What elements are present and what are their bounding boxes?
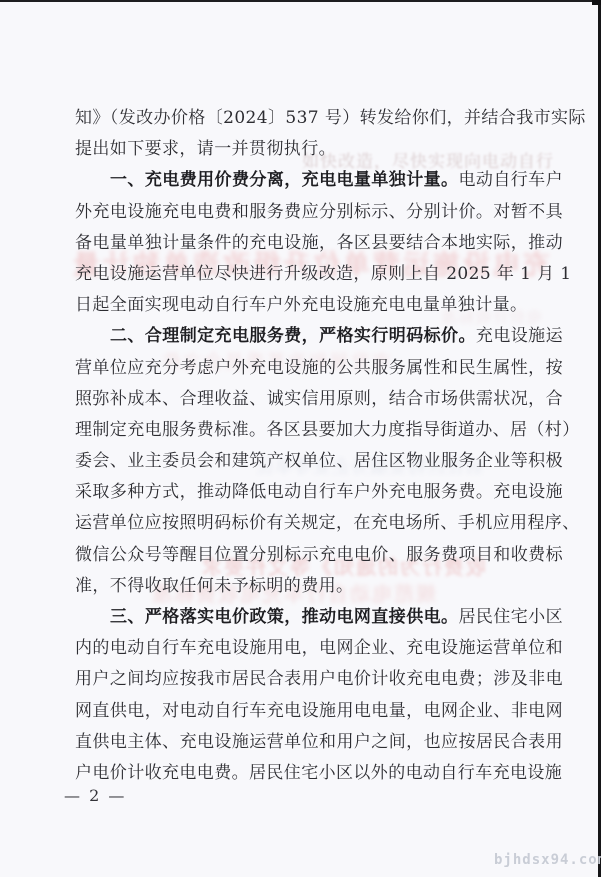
text-line: 备电量单独计量条件的充电设施，各区县要结合本地实际，推动 xyxy=(75,228,563,259)
line-text: 电动自行车户 xyxy=(458,170,563,190)
document-body: 知》（发改办价格〔2024〕537 号）转发给你们，并结合我市实际提出如下要求，… xyxy=(75,103,563,789)
line-text: 营单位应充分考虑户外充电设施的公共服务属性和民生属性，按 xyxy=(75,358,563,378)
line-text: 知》（发改办价格〔2024〕537 号）转发给你们，并结合我市实际 xyxy=(75,108,586,128)
text-line: 内的电动自行车充电设施用电，电网企业、充电设施运营单位和 xyxy=(75,633,563,664)
line-text: 充电设施运营单位尽快进行升级改造，原则上自 2025 年 1 月 1 xyxy=(75,264,572,284)
text-line: 直供电主体、充电设施运营单位和用户之间，也应按居民合表用 xyxy=(75,727,563,758)
section-heading-bold: 二、合理制定充电服务费，严格实行明码标价。 xyxy=(110,326,476,346)
line-text: 照弥补成本、合理收益、诚实信用原则，结合市场供需状况，合 xyxy=(75,389,563,409)
text-line: 外充电设施充电电费和服务费应分别标示、分别计价。对暂不具 xyxy=(75,197,563,228)
line-text: 内的电动自行车充电设施用电，电网企业、充电设施运营单位和 xyxy=(75,638,563,658)
line-text: 直供电主体、充电设施运营单位和用户之间，也应按居民合表用 xyxy=(75,732,563,752)
text-line-section-start: 一、充电费用价费分离，充电电量单独计量。电动自行车户 xyxy=(75,165,563,196)
text-line: 网直供电，对电动自行车充电设施用电电量，电网企业、非电网 xyxy=(75,696,563,727)
text-line: 用户之间均应按我市居民合表用户电价计收充电电费；涉及非电 xyxy=(75,664,563,695)
page-number: — 2 — xyxy=(64,786,126,805)
text-line: 户电价计收充电电费。居民住宅小区以外的电动自行车充电设施 xyxy=(75,758,563,789)
text-line: 营单位应充分考虑户外充电设施的公共服务属性和民生属性，按 xyxy=(75,353,563,384)
scan-edge-top xyxy=(0,0,601,2)
text-line: 提出如下要求，请一并贯彻执行。 xyxy=(75,134,563,165)
line-text: 户电价计收充电电费。居民住宅小区以外的电动自行车充电设施 xyxy=(75,763,562,783)
text-line: 准，不得收取任何未予标明的费用。 xyxy=(75,571,563,602)
line-text: 运营单位应按照明码标价有关规定，在充电场所、手机应用程序、 xyxy=(75,513,580,533)
text-line: 委会、业主委员会和建筑产权单位、居住区物业服务企业等积极 xyxy=(75,446,563,477)
text-line: 运营单位应按照明码标价有关规定，在充电场所、手机应用程序、 xyxy=(75,508,563,539)
line-text: 外充电设施充电电费和服务费应分别标示、分别计价。对暂不具 xyxy=(75,202,563,222)
line-text: 理制定充电服务费标准。各区县要加大力度指导街道办、居（村） xyxy=(75,420,580,440)
text-line: 知》（发改办价格〔2024〕537 号）转发给你们，并结合我市实际 xyxy=(75,103,563,134)
section-heading-bold: 一、充电费用价费分离，充电电量单独计量。 xyxy=(110,170,458,190)
text-line-section-start: 二、合理制定充电服务费，严格实行明码标价。充电设施运 xyxy=(75,321,563,352)
scan-corner-mark xyxy=(592,0,601,5)
line-text: 用户之间均应按我市居民合表用户电价计收充电电费；涉及非电 xyxy=(75,669,563,689)
text-line: 微信公众号等醒目位置分别标示充电电价、服务费项目和收费标 xyxy=(75,540,563,571)
watermark: bjhdsx94.com xyxy=(494,852,601,868)
line-text: 备电量单独计量条件的充电设施，各区县要结合本地实际，推动 xyxy=(75,233,563,253)
line-text: 充电设施运 xyxy=(476,326,563,346)
line-text: 准，不得收取任何未予标明的费用。 xyxy=(75,576,353,596)
line-text: 提出如下要求，请一并贯彻执行。 xyxy=(75,139,336,159)
scanned-document-page: 如快改造，尽快实现向电动自行充电设施运营单位升级改造单独计量市发展和改革委员会文… xyxy=(0,0,601,877)
line-text: 日起全面实现电动自行车户外充电设施充电电量单独计量。 xyxy=(75,295,527,315)
line-text: 微信公众号等醒目位置分别标示充电电价、服务费项目和收费标 xyxy=(75,545,563,565)
line-text: 委会、业主委员会和建筑产权单位、居住区物业服务企业等积极 xyxy=(75,451,563,471)
text-line: 充电设施运营单位尽快进行升级改造，原则上自 2025 年 1 月 1 xyxy=(75,259,563,290)
section-heading-bold: 三、严格落实电价政策，推动电网直接供电。 xyxy=(110,607,458,627)
text-line: 照弥补成本、合理收益、诚实信用原则，结合市场供需状况，合 xyxy=(75,384,563,415)
text-line: 日起全面实现电动自行车户外充电设施充电电量单独计量。 xyxy=(75,290,563,321)
text-line-section-start: 三、严格落实电价政策，推动电网直接供电。居民住宅小区 xyxy=(75,602,563,633)
line-text: 居民住宅小区 xyxy=(458,607,563,627)
text-line: 采取多种方式，推动降低电动自行车户外充电服务费。充电设施 xyxy=(75,477,563,508)
line-text: 网直供电，对电动自行车充电设施用电电量，电网企业、非电网 xyxy=(75,701,563,721)
line-text: 采取多种方式，推动降低电动自行车户外充电服务费。充电设施 xyxy=(75,482,563,502)
text-line: 理制定充电服务费标准。各区县要加大力度指导街道办、居（村） xyxy=(75,415,563,446)
